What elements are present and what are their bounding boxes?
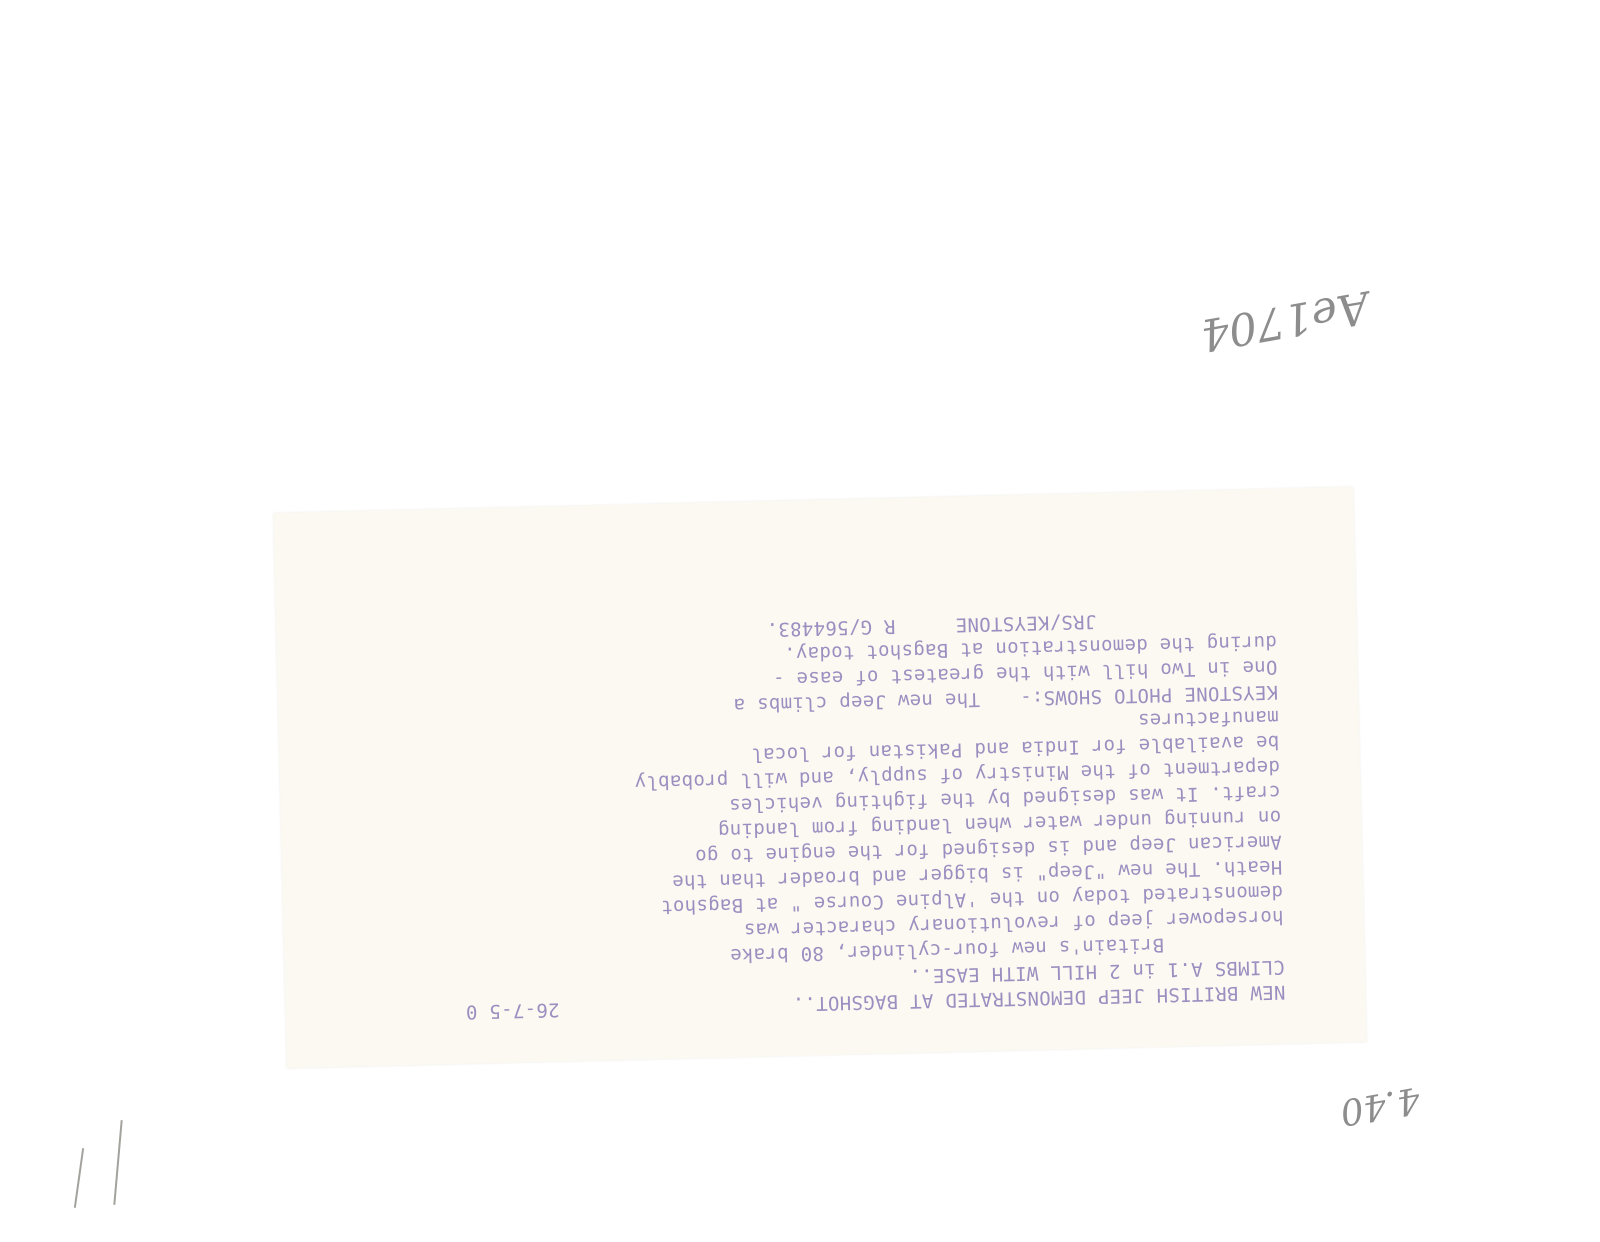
margin-mark <box>113 1120 122 1205</box>
photo-back: Ae1704 4.40 NEW BRITISH JEEP DEMONSTRATE… <box>0 0 1600 1242</box>
caption-label: NEW BRITISH JEEP DEMONSTRATED AT BAGSHOT… <box>273 487 1366 1068</box>
margin-mark <box>74 1148 84 1208</box>
caption-date: 26-7-5 0 <box>465 996 560 1023</box>
handwritten-price: 4.40 <box>1337 1078 1423 1132</box>
caption-text: NEW BRITISH JEEP DEMONSTRATED AT BAGSHOT… <box>273 487 1366 1068</box>
photo-credit: JRS/KEYSTONE <box>955 608 1096 636</box>
handwritten-reference: Ae1704 <box>1197 281 1373 361</box>
photo-reference: R G/564483. <box>766 613 896 641</box>
